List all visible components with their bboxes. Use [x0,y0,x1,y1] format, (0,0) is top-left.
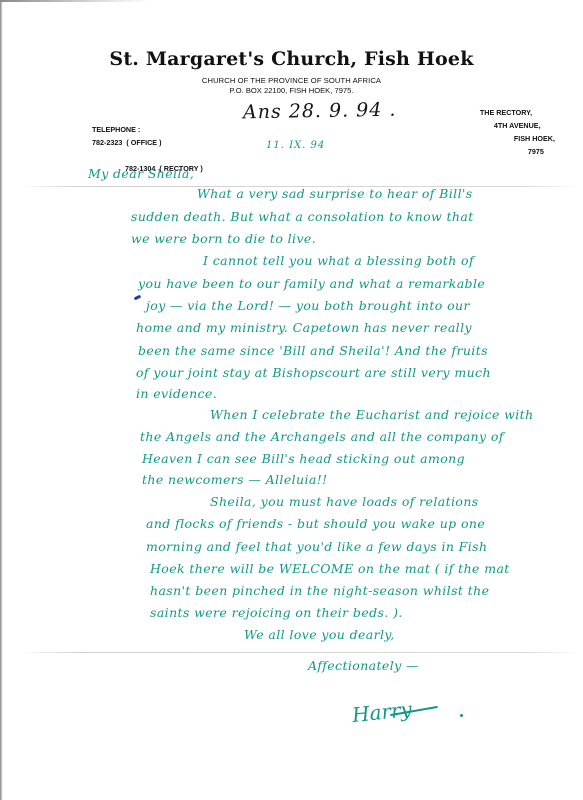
letter-line: in evidence. [136,386,217,401]
address-line: FISH HOEK, [480,132,555,145]
letter-line: saints were rejoicing on their beds. ). [150,605,403,620]
letter-page: St. Margaret's Church, Fish Hoek CHURCH … [0,0,583,800]
letter-line: the Angels and the Archangels and all th… [140,429,504,444]
letter-line: sudden death. But what a consolation to … [131,209,474,224]
address-line: 4TH AVENUE, [480,119,555,132]
letter-line: home and my ministry. Capetown has never… [136,320,472,335]
church-name: St. Margaret's Church, Fish Hoek [0,48,583,70]
letter-line: the newcomers — Alleluia!! [142,472,328,487]
address-block: THE RECTORY, 4TH AVENUE, FISH HOEK, 7975 [480,106,555,158]
letter-line: When I celebrate the Eucharist and rejoi… [210,407,534,422]
closing: Affectionately — [308,658,419,673]
letter-line: been the same since 'Bill and Sheila'! A… [138,343,488,358]
address-line: THE RECTORY, [480,106,555,119]
letter-date: 11. IX. 94 [266,140,325,151]
scan-edge [0,0,3,800]
letter-line: I cannot tell you what a blessing both o… [203,253,474,268]
telephone-label: TELEPHONE : [92,125,140,134]
address-line: 7975 [480,145,555,158]
fold-line [20,652,580,653]
letter-line: hasn't been pinched in the night-season … [150,583,489,598]
letter-line: Hoek there will be WELCOME on the mat ( … [150,561,510,576]
letter-line: of your joint stay at Bishopscourt are s… [136,365,491,380]
scan-edge [0,0,150,2]
salutation: My dear Sheila, [88,166,194,181]
letter-line: you have been to our family and what a r… [138,276,485,291]
province-line: CHURCH OF THE PROVINCE OF SOUTH AFRICA [0,76,583,85]
po-box-line: P.O. BOX 22100, FISH HOEK, 7975. [0,86,583,95]
letter-line: Heaven I can see Bill's head sticking ou… [142,451,465,466]
telephone-office: 782-2323 ( OFFICE ) [92,138,162,147]
letter-line: Sheila, you must have loads of relations [210,494,479,509]
letter-line: we were born to die to live. [131,231,316,246]
letter-line: morning and feel that you'd like a few d… [146,539,487,554]
letter-line: We all love you dearly, [244,627,395,642]
blue-ink-mark [134,295,142,301]
letter-line: and flocks of friends - but should you w… [146,516,485,531]
received-date-note: Ans 28. 9. 94 . [243,99,397,124]
letter-line: joy — via the Lord! — you both brought i… [146,298,470,313]
signature-dot [460,714,463,717]
letter-line: What a very sad surprise to hear of Bill… [197,186,473,201]
